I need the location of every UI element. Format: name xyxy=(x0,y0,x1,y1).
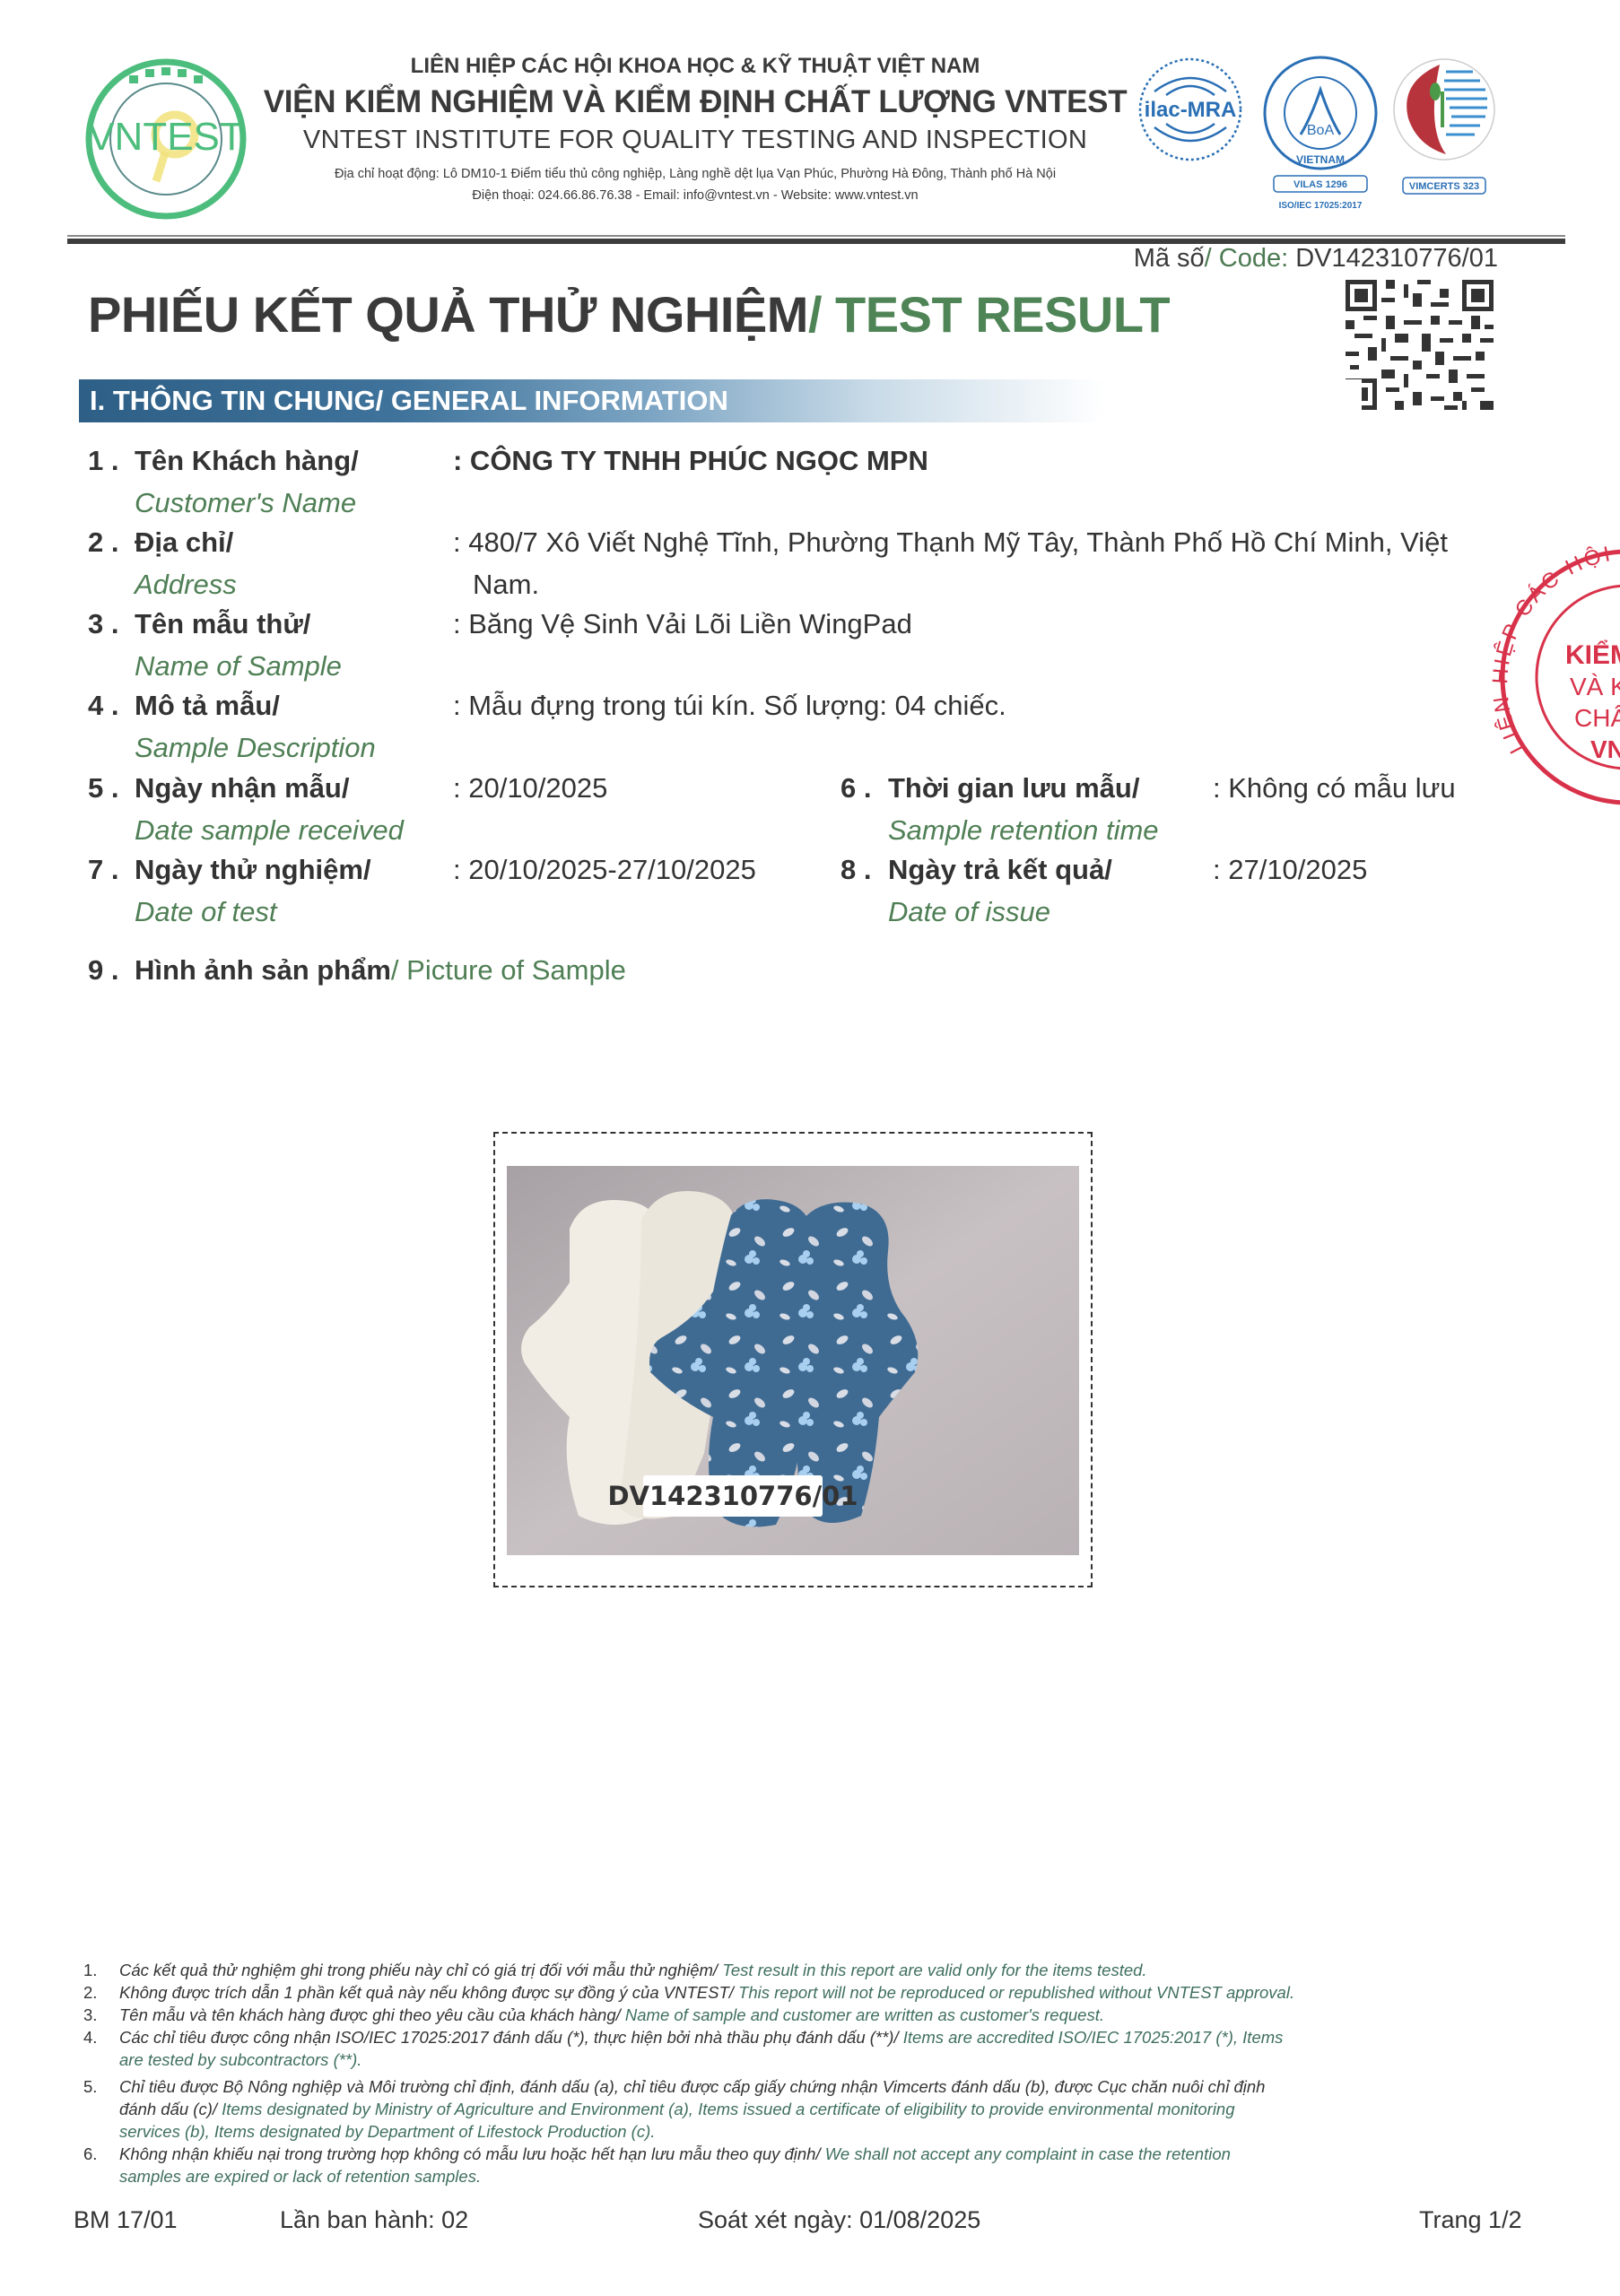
svg-text:KIỂM: KIỂM xyxy=(1565,639,1620,670)
svg-text:ilac-MRA: ilac-MRA xyxy=(1145,98,1237,122)
institute-name-en: VNTEST INSTITUTE FOR QUALITY TESTING AND… xyxy=(260,126,1130,155)
field-6-number: 6 . xyxy=(840,772,871,804)
institute-name-vi: VIỆN KIỂM NGHIỆM VÀ KIỂM ĐỊNH CHẤT LƯỢNG… xyxy=(260,84,1130,120)
vntest-logo: VNTEST xyxy=(83,56,249,222)
footnote-3: 3.Tên mẫu và tên khách hàng được ghi the… xyxy=(83,2005,1104,2025)
field-6-label: Thời gian lưu mẫu/ xyxy=(888,772,1139,804)
field-8-label-en: Date of issue xyxy=(888,896,1050,928)
date-received-value: : 20/10/2025 xyxy=(453,772,607,804)
svg-text:VÀ KI: VÀ KI xyxy=(1570,673,1620,700)
title-vi: PHIẾU KẾT QUẢ THỬ NGHIỆM xyxy=(88,286,808,343)
field-1-number: 1 . xyxy=(88,445,118,477)
field-9-label-en: / Picture of Sample xyxy=(391,954,626,986)
address-value: : 480/7 Xô Viết Nghệ Tĩnh, Phường Thạnh … xyxy=(453,526,1448,559)
form-number: BM 17/01 xyxy=(74,2206,178,2234)
org-line: LIÊN HIỆP CÁC HỘI KHOA HỌC & KỸ THUẬT VI… xyxy=(260,54,1130,79)
qr-code[interactable] xyxy=(1346,280,1494,410)
institute-address: Địa chỉ hoạt động: Lô DM10-1 Điểm tiểu t… xyxy=(260,167,1130,181)
code-label-en: / Code: xyxy=(1205,244,1289,273)
boa-accreditation-logo: BoA VIETNAM VILAS 1296 ISO/IEC 17025:201… xyxy=(1258,54,1383,220)
footnote-4-cont: are tested by subcontractors (**). xyxy=(119,2050,361,2070)
footnote-1: 1.Các kết quả thử nghiệm ghi trong phiếu… xyxy=(83,1961,1147,1980)
field-2-label-en: Address xyxy=(135,569,237,601)
svg-text:VIETNAM: VIETNAM xyxy=(1296,153,1345,166)
field-7-label: Ngày thử nghiệm/ xyxy=(135,854,371,886)
field-7-label-en: Date of test xyxy=(135,896,277,928)
svg-text:CHẤ: CHẤ xyxy=(1574,704,1620,732)
svg-text:BoA: BoA xyxy=(1307,123,1335,138)
svg-text:VILAS 1296: VILAS 1296 xyxy=(1293,179,1347,190)
sample-photo: DV142310776/01 xyxy=(507,1166,1079,1555)
sample-name-value: : Băng Vệ Sinh Vải Lõi Liền WingPad xyxy=(453,608,912,640)
field-6-label-en: Sample retention time xyxy=(888,814,1159,847)
footnote-5-line2: đánh dấu (c)/ Items designated by Minist… xyxy=(119,2100,1235,2119)
footnote-4: 4.Các chỉ tiêu được công nhận ISO/IEC 17… xyxy=(83,2028,1283,2048)
address-value-cont: Nam. xyxy=(473,569,539,601)
code-label-vi: Mã số xyxy=(1134,244,1205,273)
field-5-label: Ngày nhận mẫu/ xyxy=(135,772,349,804)
field-5-label-en: Date sample received xyxy=(135,814,404,847)
svg-text:VN: VN xyxy=(1590,735,1620,763)
page-title: PHIẾU KẾT QUẢ THỬ NGHIỆM/ TEST RESULT xyxy=(88,285,1170,344)
svg-text:VNTEST: VNTEST xyxy=(88,115,244,159)
field-9-label-vi: Hình ảnh sản phẩm xyxy=(135,954,391,986)
field-7-number: 7 . xyxy=(88,854,118,886)
footnote-5-cont: services (b), Items designated by Depart… xyxy=(119,2122,655,2142)
field-8-number: 8 . xyxy=(840,854,871,886)
field-2-label: Địa chỉ/ xyxy=(135,526,233,559)
code-value: DV142310776/01 xyxy=(1295,244,1498,273)
field-1-label: Tên Khách hàng/ xyxy=(135,445,359,477)
field-2-number: 2 . xyxy=(88,526,118,559)
vimcerts-logo: VIMCERTS 323 xyxy=(1390,56,1498,204)
review-date: Soát xét ngày: 01/08/2025 xyxy=(698,2206,980,2234)
issue-number: Lần ban hành: 02 xyxy=(280,2206,468,2234)
field-9-number: 9 . xyxy=(88,954,118,987)
test-date-value: : 20/10/2025-27/10/2025 xyxy=(453,854,756,886)
field-3-label-en: Name of Sample xyxy=(135,650,342,683)
field-1-label-en: Customer's Name xyxy=(135,487,356,519)
footnote-6: 6.Không nhận khiếu nại trong trường hợp … xyxy=(83,2144,1231,2164)
title-en: / TEST RESULT xyxy=(808,286,1170,343)
field-4-label: Mô tả mẫu/ xyxy=(135,690,280,722)
official-stamp: LIÊN HIỆP CÁC HỘI KHOA KIỂM VÀ KI CHẤ VN xyxy=(1485,543,1620,812)
issue-date-value: : 27/10/2025 xyxy=(1213,854,1367,886)
institute-contact: Điện thoại: 024.66.86.76.38 - Email: inf… xyxy=(260,188,1130,203)
section-general-information: I. THÔNG TIN CHUNG/ GENERAL INFORMATION xyxy=(79,379,1362,422)
field-3-number: 3 . xyxy=(88,608,118,640)
footnote-6-cont: samples are expired or lack of retention… xyxy=(119,2167,481,2187)
svg-text:VIMCERTS 323: VIMCERTS 323 xyxy=(1409,181,1479,192)
field-8-label: Ngày trả kết quả/ xyxy=(888,854,1112,886)
page-number: Trang 1/2 xyxy=(1419,2206,1522,2234)
customer-name-value: : CÔNG TY TNHH PHÚC NGỌC MPN xyxy=(453,445,928,477)
retention-time-value: : Không có mẫu lưu xyxy=(1213,772,1456,804)
report-code: Mã số/ Code: DV142310776/01 xyxy=(1134,244,1498,274)
field-9-label: Hình ảnh sản phẩm/ Picture of Sample xyxy=(135,954,626,987)
ilac-mra-logo: ilac-MRA xyxy=(1132,56,1249,168)
field-4-number: 4 . xyxy=(88,690,118,722)
field-4-label-en: Sample Description xyxy=(135,732,376,764)
header-rule-thin xyxy=(67,235,1565,237)
footnote-5: 5.Chỉ tiêu được Bộ Nông nghiệp và Môi tr… xyxy=(83,2077,1265,2097)
footnote-2: 2.Không được trích dẫn 1 phần kết quả nà… xyxy=(83,1983,1294,2003)
field-3-label: Tên mẫu thử/ xyxy=(135,608,310,640)
field-5-number: 5 . xyxy=(88,772,118,804)
svg-text:DV142310776/01: DV142310776/01 xyxy=(607,1481,858,1511)
svg-text:ISO/IEC 17025:2017: ISO/IEC 17025:2017 xyxy=(1279,201,1363,211)
sample-description-value: : Mẫu đựng trong túi kín. Số lượng: 04 c… xyxy=(453,690,1006,722)
